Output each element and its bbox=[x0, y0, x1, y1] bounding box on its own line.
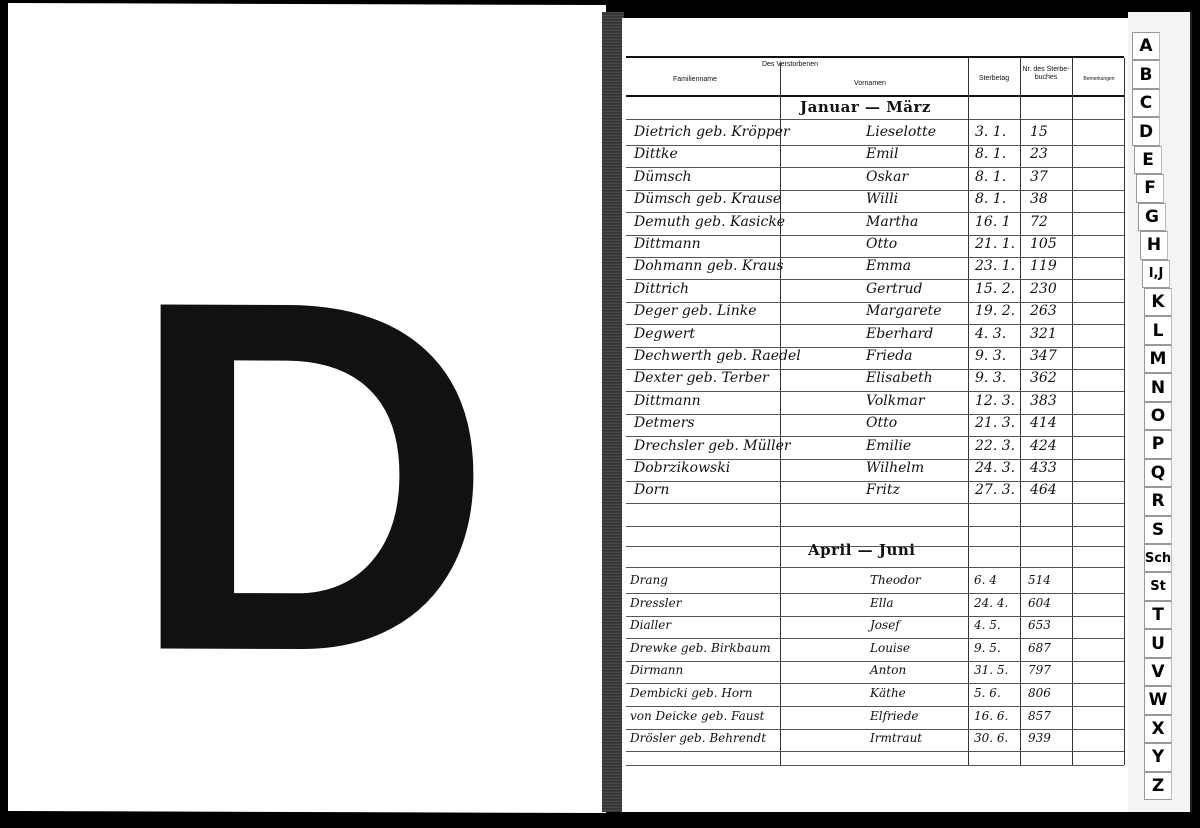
death-date-cell: 23. 1. bbox=[975, 258, 1015, 274]
index-tab-u[interactable]: U bbox=[1144, 629, 1172, 657]
index-tab-s[interactable]: S bbox=[1144, 516, 1172, 544]
death-date-cell: 8. 1. bbox=[975, 191, 1006, 207]
index-tab-l[interactable]: L bbox=[1144, 316, 1172, 344]
family-name-cell: Dirmann bbox=[630, 663, 683, 677]
family-name-cell: Dittrich bbox=[634, 281, 689, 297]
register-no-cell: 105 bbox=[1030, 236, 1057, 252]
register-no-cell: 514 bbox=[1028, 573, 1051, 587]
register-no-cell: 362 bbox=[1030, 370, 1057, 386]
family-name-cell: Dietrich geb. Kröpper bbox=[634, 124, 790, 140]
index-tab-w[interactable]: W bbox=[1144, 686, 1172, 714]
register-no-cell: 37 bbox=[1030, 169, 1048, 185]
left-page: D bbox=[8, 3, 606, 813]
section-rule bbox=[626, 119, 1124, 120]
first-name-cell: Anton bbox=[870, 663, 906, 677]
header-bottom-rule bbox=[626, 95, 1124, 97]
index-tab-c[interactable]: C bbox=[1132, 89, 1160, 117]
first-name-cell: Oskar bbox=[866, 169, 908, 185]
row-rule bbox=[626, 638, 1124, 639]
section-title: Januar — März bbox=[800, 98, 931, 116]
first-name-cell: Irmtraut bbox=[870, 731, 922, 745]
column-divider bbox=[1072, 58, 1073, 765]
family-name-cell: Dialler bbox=[630, 618, 671, 632]
family-name-cell: Drang bbox=[630, 573, 668, 587]
family-name-cell: Dressler bbox=[630, 596, 681, 610]
index-tab-k[interactable]: K bbox=[1144, 288, 1172, 316]
family-name-cell: Dechwerth geb. Raedel bbox=[634, 348, 801, 364]
death-date-cell: 27. 3. bbox=[975, 482, 1015, 498]
row-rule bbox=[626, 661, 1124, 662]
first-name-cell: Elisabeth bbox=[866, 370, 933, 386]
first-name-cell: Theodor bbox=[870, 573, 921, 587]
row-rule bbox=[626, 683, 1124, 684]
death-date-cell: 21. 1. bbox=[975, 236, 1015, 252]
row-rule bbox=[626, 765, 1124, 766]
family-name-cell: Dittmann bbox=[634, 236, 701, 252]
register-no-cell: 939 bbox=[1028, 731, 1051, 745]
first-name-cell: Otto bbox=[866, 415, 897, 431]
family-name-cell: Dittmann bbox=[634, 393, 701, 409]
section-rule bbox=[626, 567, 1124, 568]
death-date-cell: 19. 2. bbox=[975, 303, 1015, 319]
index-tab-sch[interactable]: Sch bbox=[1144, 544, 1172, 572]
index-tab-e[interactable]: E bbox=[1134, 146, 1162, 174]
register-no-cell: 263 bbox=[1030, 303, 1057, 319]
first-name-cell: Fritz bbox=[866, 482, 900, 498]
death-date-cell: 16. 6. bbox=[974, 709, 1008, 723]
register-no-cell: 347 bbox=[1030, 348, 1057, 364]
family-name-cell: Drösler geb. Behrendt bbox=[630, 731, 766, 745]
column-divider bbox=[1020, 58, 1021, 765]
first-name-cell: Emil bbox=[866, 146, 898, 162]
family-name-cell: Dittke bbox=[634, 146, 678, 162]
death-date-cell: 4. 5. bbox=[974, 618, 1001, 632]
index-tab-b[interactable]: B bbox=[1132, 60, 1160, 88]
family-name-cell: Drewke geb. Birkbaum bbox=[630, 641, 771, 655]
family-name-cell: Dorn bbox=[634, 482, 669, 498]
register-no-cell: 604 bbox=[1028, 596, 1051, 610]
register-no-cell: 797 bbox=[1028, 663, 1051, 677]
death-date-cell: 8. 1. bbox=[975, 169, 1006, 185]
register-no-cell: 433 bbox=[1030, 460, 1057, 476]
first-name-cell: Emma bbox=[866, 258, 911, 274]
index-tab-x[interactable]: X bbox=[1144, 715, 1172, 743]
first-name-cell: Martha bbox=[866, 214, 918, 230]
death-date-cell: 30. 6. bbox=[974, 731, 1008, 745]
death-date-cell: 21. 3. bbox=[975, 415, 1015, 431]
death-date-cell: 3. 1. bbox=[975, 124, 1006, 140]
index-tab-v[interactable]: V bbox=[1144, 658, 1172, 686]
register-no-cell: 383 bbox=[1030, 393, 1057, 409]
family-name-cell: Detmers bbox=[634, 415, 695, 431]
index-tab-y[interactable]: Y bbox=[1144, 743, 1172, 771]
header-register-no: Nr. des Sterbe-buches bbox=[1022, 66, 1070, 82]
first-name-cell: Elfriede bbox=[870, 709, 919, 723]
index-tab-z[interactable]: Z bbox=[1144, 772, 1172, 800]
register-no-cell: 23 bbox=[1030, 146, 1048, 162]
first-name-cell: Gertrud bbox=[866, 281, 922, 297]
death-date-cell: 9. 5. bbox=[974, 641, 1001, 655]
first-name-cell: Volkmar bbox=[866, 393, 925, 409]
register-no-cell: 38 bbox=[1030, 191, 1048, 207]
index-tab-q[interactable]: Q bbox=[1144, 459, 1172, 487]
register-no-cell: 806 bbox=[1028, 686, 1051, 700]
header-first-names: Vornamen bbox=[800, 80, 940, 88]
family-name-cell: Dexter geb. Terber bbox=[634, 370, 769, 386]
first-name-cell: Otto bbox=[866, 236, 897, 252]
row-rule bbox=[626, 593, 1124, 594]
death-date-cell: 24. 4. bbox=[974, 596, 1008, 610]
index-tab-n[interactable]: N bbox=[1144, 373, 1172, 401]
header-family-name: Familienname bbox=[640, 76, 750, 84]
index-tab-g[interactable]: G bbox=[1138, 203, 1166, 231]
register-no-cell: 72 bbox=[1030, 214, 1048, 230]
first-name-cell: Eberhard bbox=[866, 326, 933, 342]
column-divider bbox=[968, 58, 969, 765]
death-date-cell: 16. 1 bbox=[975, 214, 1011, 230]
book-spine bbox=[602, 12, 624, 812]
index-tab-d[interactable]: D bbox=[1132, 117, 1160, 145]
first-name-cell: Käthe bbox=[870, 686, 906, 700]
index-tab-p[interactable]: P bbox=[1144, 430, 1172, 458]
register-no-cell: 414 bbox=[1030, 415, 1057, 431]
family-name-cell: Degwert bbox=[634, 326, 695, 342]
register-no-cell: 119 bbox=[1030, 258, 1057, 274]
header-remarks: Bemerkungen bbox=[1074, 75, 1124, 83]
index-tab-t[interactable]: T bbox=[1144, 601, 1172, 629]
death-date-cell: 31. 5. bbox=[974, 663, 1008, 677]
first-name-cell: Margarete bbox=[866, 303, 942, 319]
family-name-cell: Dümsch geb. Krause bbox=[634, 191, 781, 207]
row-rule bbox=[626, 729, 1124, 730]
index-tab-r[interactable]: R bbox=[1144, 487, 1172, 515]
family-name-cell: Dobrzikowski bbox=[634, 460, 730, 476]
index-tab-m[interactable]: M bbox=[1144, 345, 1172, 373]
row-rule bbox=[626, 616, 1124, 617]
row-rule bbox=[626, 751, 1124, 752]
row-rule bbox=[626, 526, 1124, 527]
header-group-label: Des Verstorbenen bbox=[760, 61, 820, 69]
index-tab-st[interactable]: St bbox=[1144, 572, 1172, 600]
death-date-cell: 8. 1. bbox=[975, 146, 1006, 162]
row-rule bbox=[626, 706, 1124, 707]
section-title: April — Juni bbox=[808, 541, 915, 559]
first-name-cell: Frieda bbox=[866, 348, 912, 364]
index-letter: D bbox=[126, 225, 484, 726]
family-name-cell: Dohmann geb. Kraus bbox=[634, 258, 784, 274]
first-name-cell: Wilhelm bbox=[866, 460, 924, 476]
register-no-cell: 464 bbox=[1030, 482, 1057, 498]
index-tab-f[interactable]: F bbox=[1136, 174, 1164, 202]
death-date-cell: 12. 3. bbox=[975, 393, 1015, 409]
register-no-cell: 230 bbox=[1030, 281, 1057, 297]
first-name-cell: Lieselotte bbox=[866, 124, 936, 140]
register-no-cell: 424 bbox=[1030, 438, 1057, 454]
family-name-cell: Demuth geb. Kasicke bbox=[634, 214, 785, 230]
family-name-cell: Dümsch bbox=[634, 169, 692, 185]
header-death-date: Sterbetag bbox=[970, 75, 1018, 83]
family-name-cell: Drechsler geb. Müller bbox=[634, 438, 791, 454]
register-no-cell: 653 bbox=[1028, 618, 1051, 632]
register-no-cell: 321 bbox=[1030, 326, 1057, 342]
death-date-cell: 4. 3. bbox=[975, 326, 1006, 342]
register-no-cell: 857 bbox=[1028, 709, 1051, 723]
index-tab-a[interactable]: A bbox=[1132, 32, 1160, 60]
first-name-cell: Josef bbox=[870, 618, 900, 632]
row-rule bbox=[626, 503, 1124, 504]
first-name-cell: Ella bbox=[870, 596, 894, 610]
death-date-cell: 15. 2. bbox=[975, 281, 1015, 297]
family-name-cell: Deger geb. Linke bbox=[634, 303, 757, 319]
death-date-cell: 5. 6. bbox=[974, 686, 1001, 700]
first-name-cell: Emilie bbox=[866, 438, 911, 454]
register-no-cell: 687 bbox=[1028, 641, 1051, 655]
index-tab-h[interactable]: H bbox=[1140, 231, 1168, 259]
index-tab-o[interactable]: O bbox=[1144, 402, 1172, 430]
death-date-cell: 6. 4 bbox=[974, 573, 997, 587]
death-date-cell: 22. 3. bbox=[975, 438, 1015, 454]
first-name-cell: Louise bbox=[870, 641, 910, 655]
death-date-cell: 9. 3. bbox=[975, 370, 1006, 386]
death-date-cell: 24. 3. bbox=[975, 460, 1015, 476]
family-name-cell: von Deicke geb. Faust bbox=[630, 709, 764, 723]
column-divider bbox=[1124, 58, 1125, 765]
index-tab-ij[interactable]: I,J bbox=[1142, 260, 1170, 288]
register-no-cell: 15 bbox=[1030, 124, 1048, 140]
death-date-cell: 9. 3. bbox=[975, 348, 1006, 364]
header-top-rule bbox=[626, 56, 1124, 58]
family-name-cell: Dembicki geb. Horn bbox=[630, 686, 753, 700]
first-name-cell: Willi bbox=[866, 191, 898, 207]
